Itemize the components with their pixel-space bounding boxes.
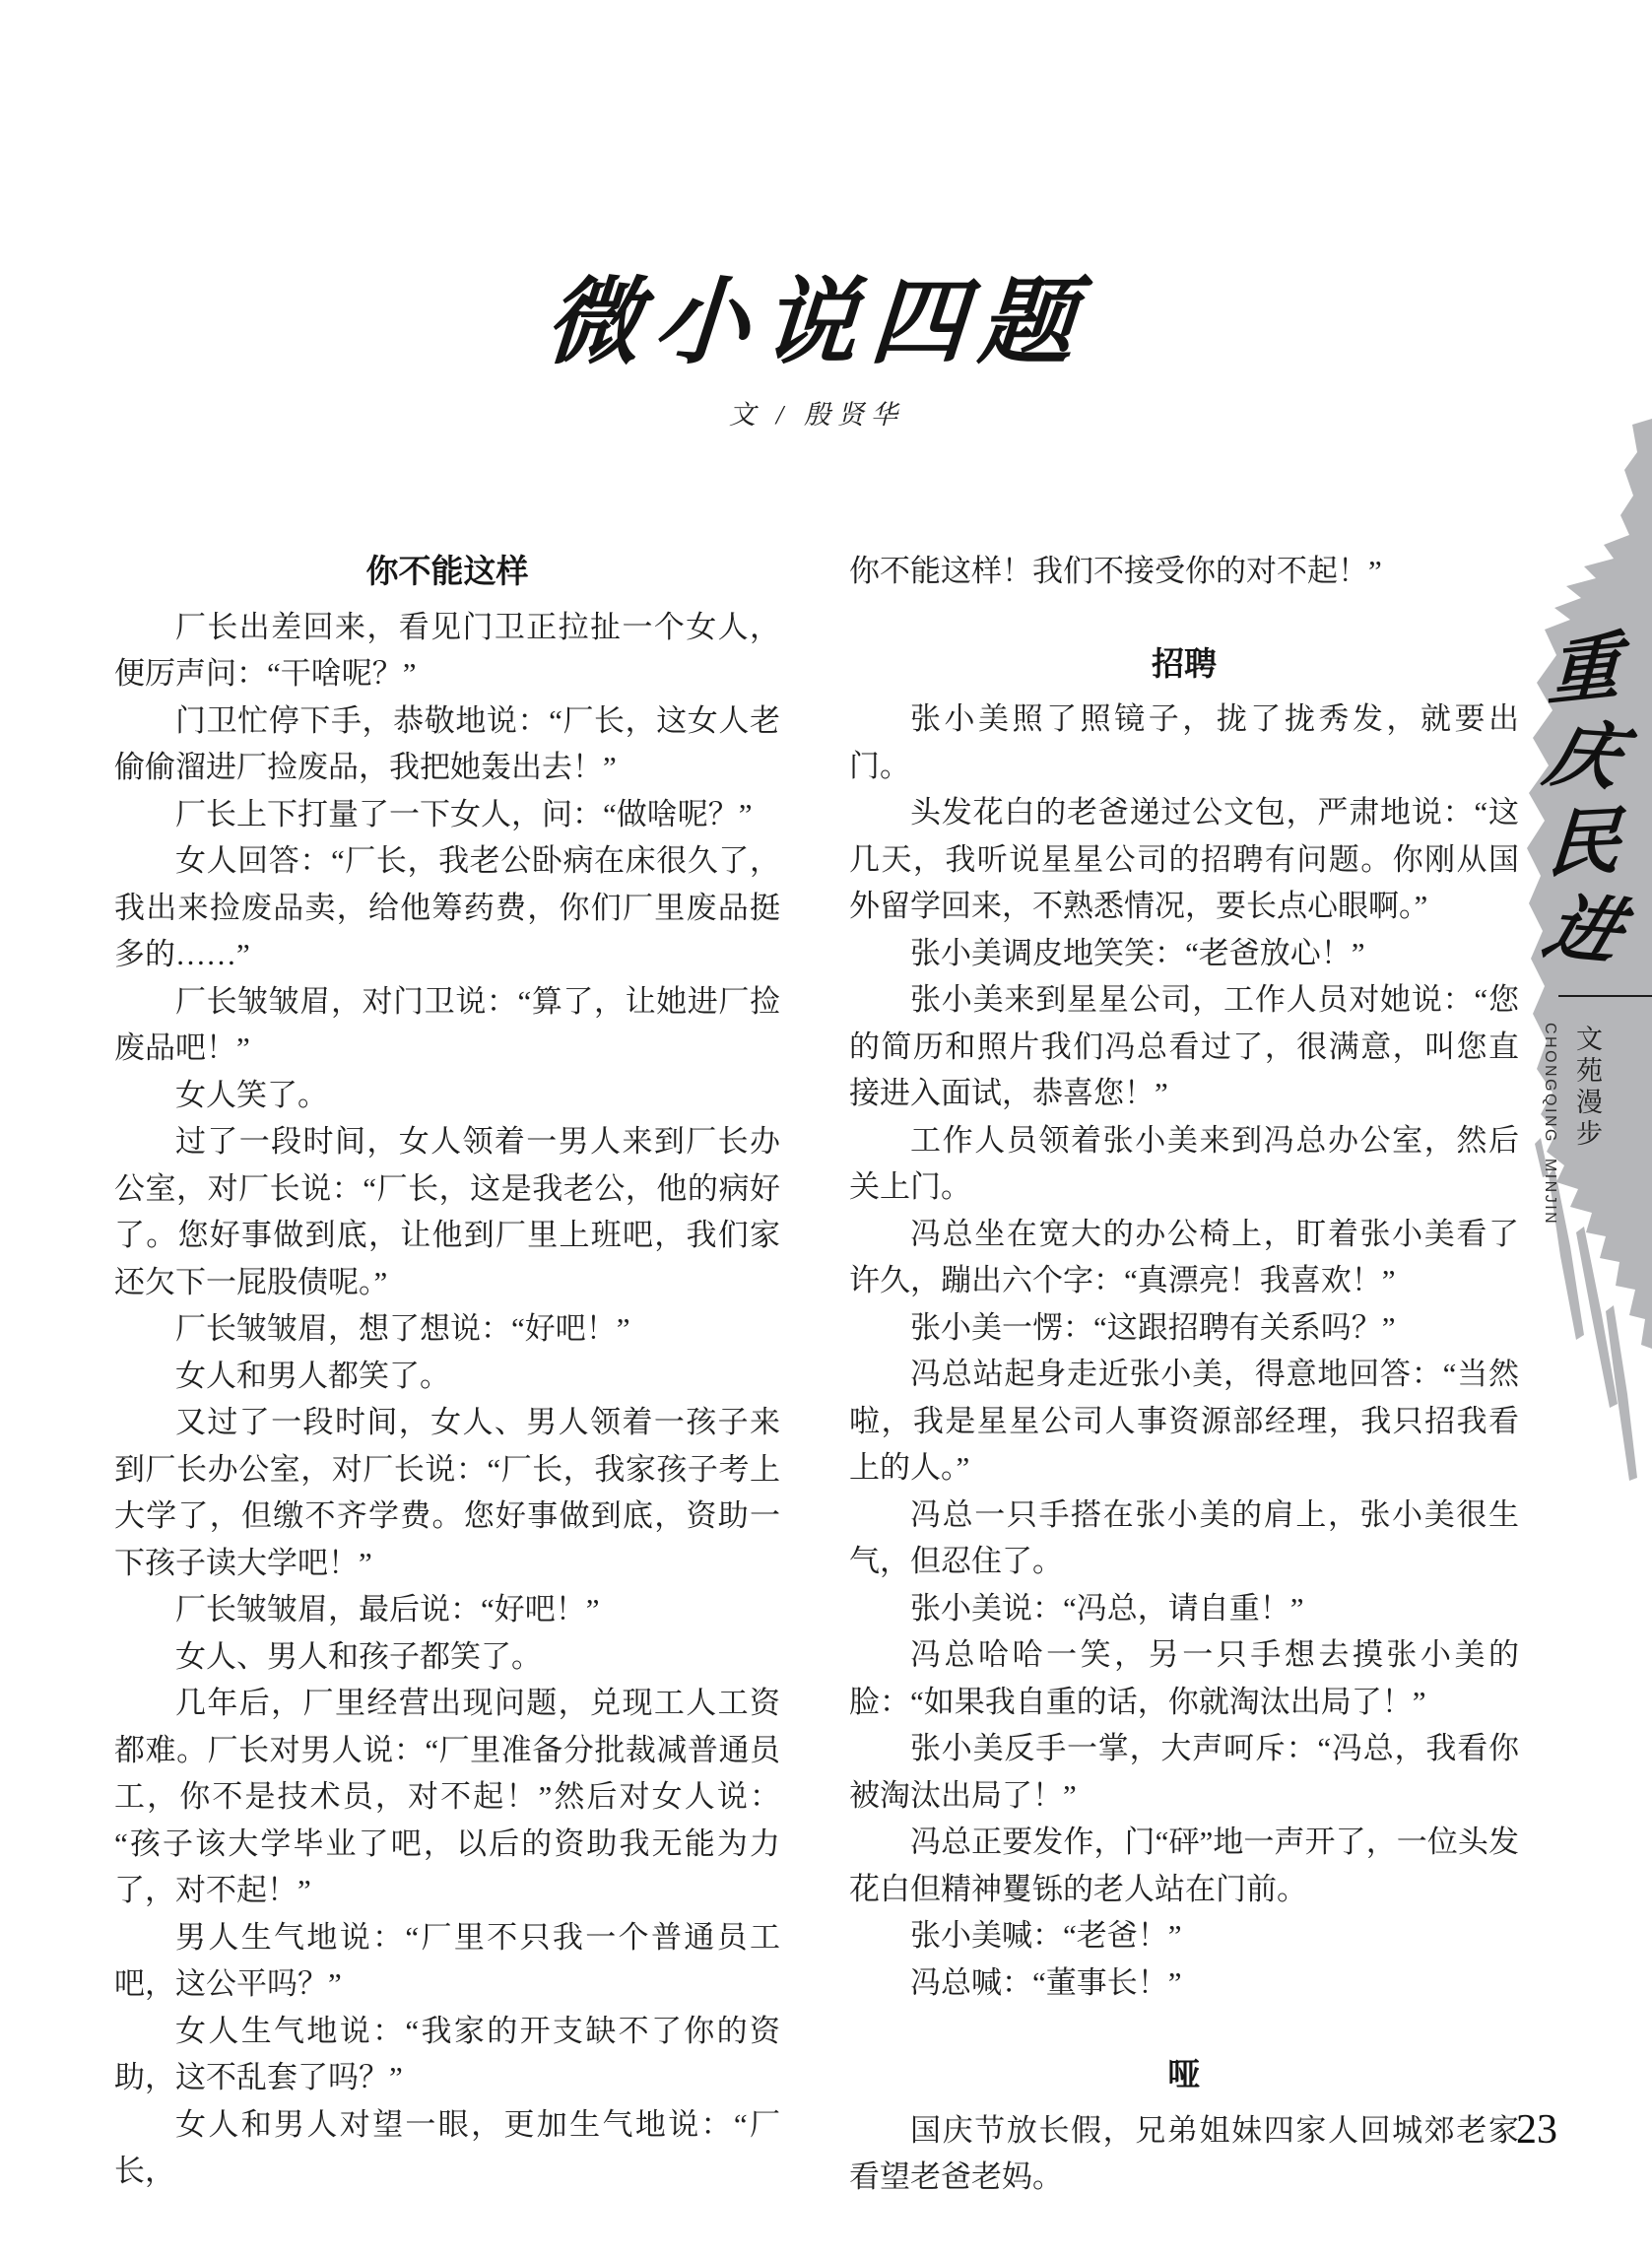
story2-paragraph: 张小美调皮地笑笑：“老爸放心！”	[849, 930, 1519, 977]
story2-paragraph: 冯总站起身走近张小美，得意地回答：“当然啦，我是星星公司人事资源部经理，我只招我…	[849, 1351, 1519, 1492]
story2-paragraph: 张小美喊：“老爸！”	[849, 1912, 1519, 1959]
story2-paragraph: 冯总坐在宽大的办公椅上，盯着张小美看了许久，蹦出六个字：“真漂亮！我喜欢！”	[849, 1211, 1519, 1304]
story1-paragraph: 厂长皱皱眉，对门卫说：“算了，让她进厂捡废品吧！”	[114, 978, 780, 1072]
story1-paragraph: 男人生气地说：“厂里不只我一个普通员工吧，这公平吗？”	[114, 1914, 780, 2008]
sidebar-section-label: 文苑漫步	[1568, 1025, 1607, 1151]
story1-paragraph: 女人和男人对望一眼，更加生气地说：“厂长，	[114, 2101, 780, 2195]
text-column-left: 你不能这样 厂长出差回来，看见门卫正拉扯一个女人，便厉声问：“干啥呢？” 门卫忙…	[114, 548, 780, 2195]
story1-paragraph: 过了一段时间，女人领着一男人来到厂长办公室，对厂长说：“厂长，这是我老公，他的病…	[114, 1118, 780, 1305]
story1-paragraph: 厂长出差回来，看见门卫正拉扯一个女人，便厉声问：“干啥呢？”	[114, 604, 780, 697]
magazine-page: 微小说四题 文 / 殷贤华 你不能这样 厂长出差回来，看见门卫正拉扯一个女人，便…	[0, 0, 1652, 2257]
story1-paragraph: 厂长皱皱眉，想了想说：“好吧！”	[114, 1305, 780, 1353]
story1-heading: 你不能这样	[114, 548, 780, 595]
story2-paragraph: 张小美照了照镜子，拢了拢秀发，就要出门。	[849, 696, 1519, 789]
story1-continuation: 你不能这样！我们不接受你的对不起！”	[849, 548, 1519, 595]
calligraphy-char: 重	[1540, 622, 1629, 718]
story2-paragraph: 头发花白的老爸递过公文包，严肃地说：“这几天，我听说星星公司的招聘有问题。你刚从…	[849, 789, 1519, 930]
story2-paragraph: 冯总一只手搭在张小美的肩上，张小美很生气，但忍住了。	[849, 1492, 1519, 1585]
story3-paragraph: 国庆节放长假，兄弟姐妹四家人回城郊老家看望老爸老妈。	[849, 2107, 1519, 2201]
story1-paragraph: 几年后，厂里经营出现问题，兑现工人工资都难。厂长对男人说：“厂里准备分批裁减普通…	[114, 1680, 780, 1914]
story2-paragraph: 张小美说：“冯总，请自重！”	[849, 1585, 1519, 1632]
story1-paragraph: 女人和男人都笑了。	[114, 1353, 780, 1400]
page-number: 23	[1497, 2106, 1576, 2154]
calligraphy-char: 庆	[1530, 711, 1637, 803]
story2-paragraph: 张小美反手一掌，大声呵斥：“冯总，我看你被淘汰出局了！”	[849, 1725, 1519, 1819]
story1-paragraph: 厂长上下打量了一下女人，问：“做啥呢？”	[114, 791, 780, 838]
story2-paragraph: 张小美一愣：“这跟招聘有关系吗？”	[849, 1304, 1519, 1352]
article-title: 微小说四题	[110, 268, 1523, 376]
story2-heading: 招聘	[849, 640, 1519, 688]
calligraphy-char: 民	[1538, 797, 1630, 889]
article-byline: 文 / 殷贤华	[114, 398, 1519, 431]
calligraphy-char: 进	[1528, 884, 1640, 976]
text-column-right: 你不能这样！我们不接受你的对不起！” 招聘 张小美照了照镜子，拢了拢秀发，就要出…	[849, 548, 1519, 2201]
story1-paragraph: 女人回答：“厂长，我老公卧病在床很久了，我出来捡废品卖，给他筹药费，你们厂里废品…	[114, 837, 780, 978]
story1-paragraph: 厂长皱皱眉，最后说：“好吧！”	[114, 1586, 780, 1633]
story1-paragraph: 门卫忙停下手，恭敬地说：“厂长，这女人老偷偷溜进厂捡废品，我把她轰出去！”	[114, 697, 780, 791]
sidebar-section-label-en: CHONGQING MINJIN	[1541, 1023, 1558, 1226]
story1-paragraph: 女人笑了。	[114, 1072, 780, 1119]
sidebar-calligraphy: 重 庆 民 进	[1541, 627, 1627, 973]
story2-paragraph: 冯总哈哈一笑，另一只手想去摸张小美的脸：“如果我自重的话，你就淘汰出局了！”	[849, 1631, 1519, 1725]
story2-paragraph: 工作人员领着张小美来到冯总办公室，然后关上门。	[849, 1117, 1519, 1211]
story1-paragraph: 女人生气地说：“我家的开支缺不了你的资助，这不乱套了吗？”	[114, 2008, 780, 2101]
story1-paragraph: 女人、男人和孩子都笑了。	[114, 1633, 780, 1681]
story2-paragraph: 张小美来到星星公司，工作人员对她说：“您的简历和照片我们冯总看过了，很满意，叫您…	[849, 976, 1519, 1117]
story1-paragraph: 又过了一段时间，女人、男人领着一孩子来到厂长办公室，对厂长说：“厂长，我家孩子考…	[114, 1399, 780, 1586]
story3-heading: 哑	[849, 2051, 1519, 2098]
story2-paragraph: 冯总正要发作，门“砰”地一声开了，一位头发花白但精神矍铄的老人站在门前。	[849, 1819, 1519, 1912]
story2-paragraph: 冯总喊：“董事长！”	[849, 1959, 1519, 2007]
sidebar-divider	[1558, 995, 1652, 997]
